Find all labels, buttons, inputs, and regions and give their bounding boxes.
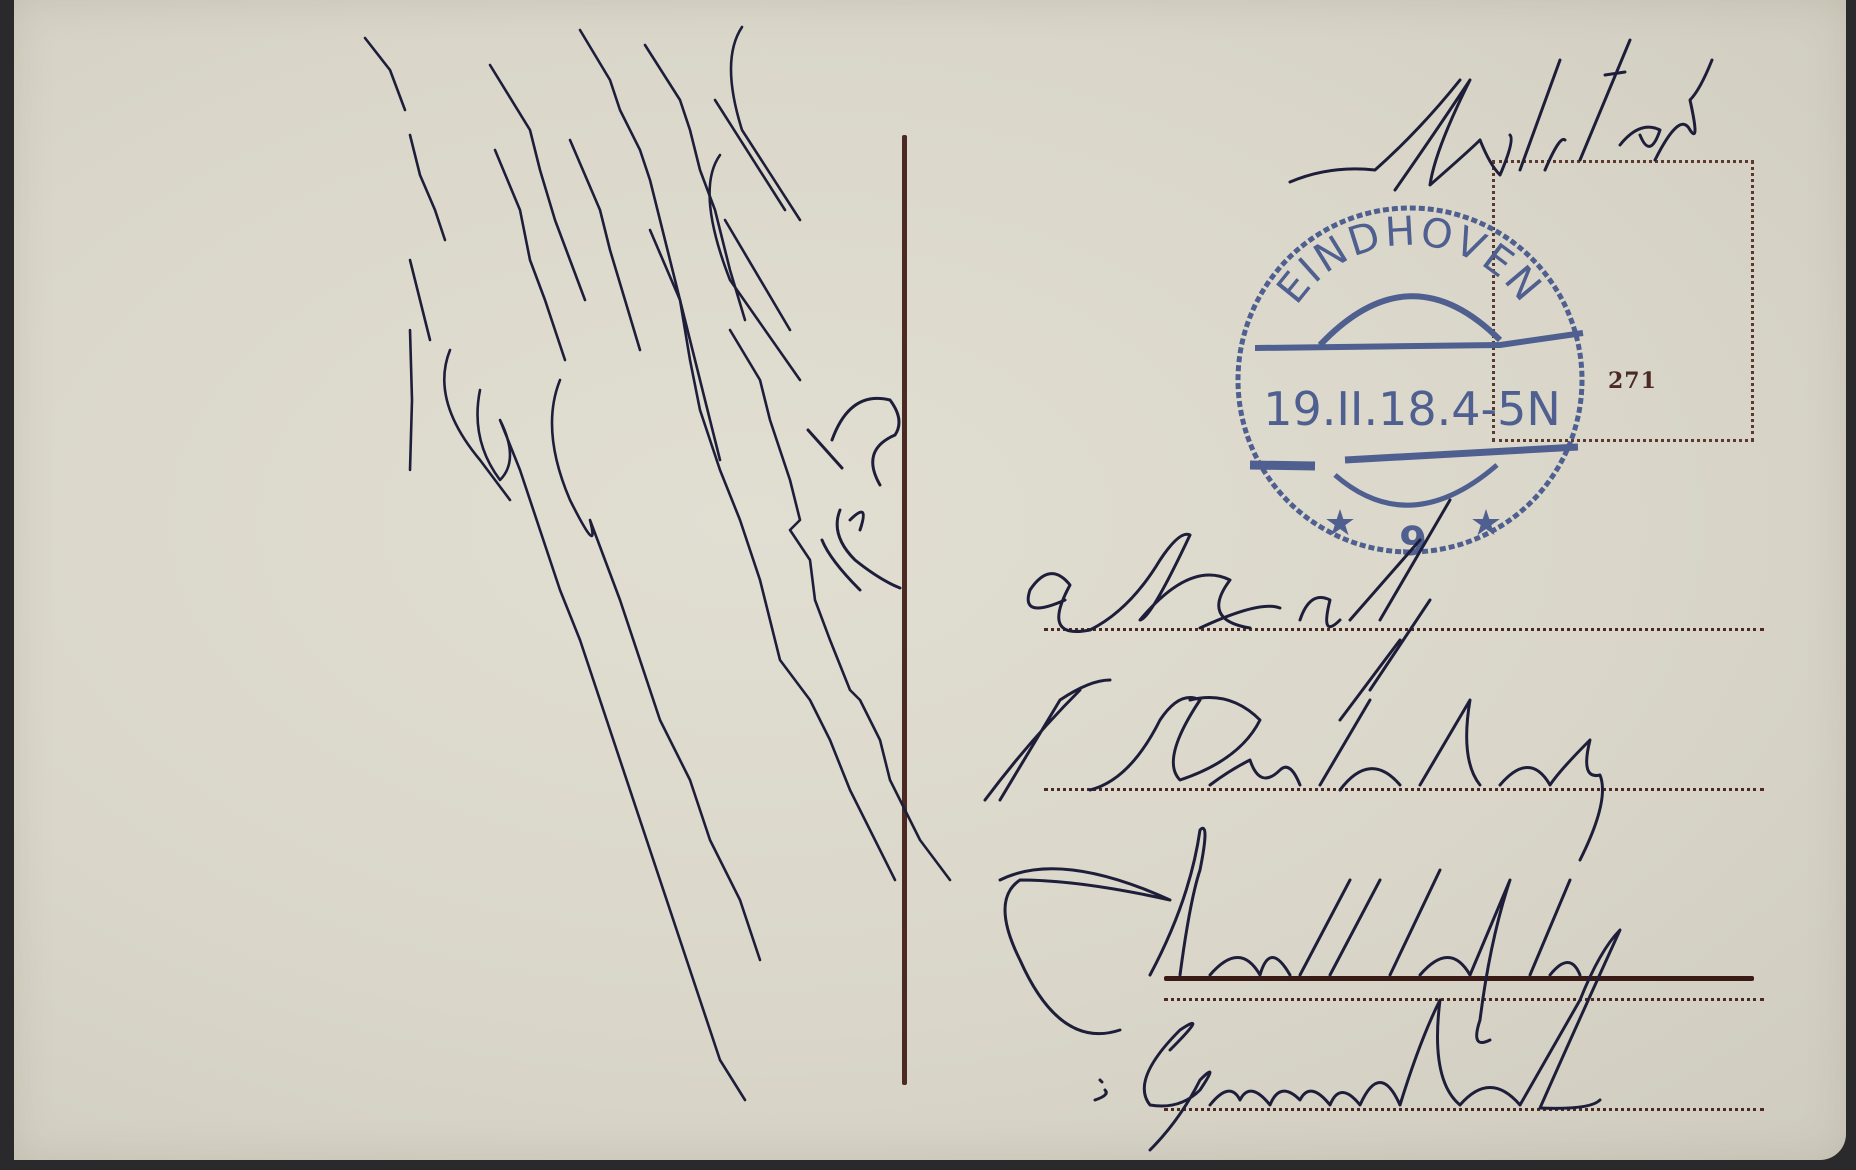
address-line-2 xyxy=(1044,788,1764,791)
center-divider-line xyxy=(902,135,907,1085)
postcard: 271 xyxy=(14,0,1846,1160)
stamp-box-number: 271 xyxy=(1608,368,1657,394)
address-line-3 xyxy=(1164,998,1764,1001)
address-line-1 xyxy=(1044,628,1764,631)
address-strikethrough xyxy=(1164,976,1754,981)
address-line-4 xyxy=(1164,1108,1764,1111)
stamp-box xyxy=(1492,160,1754,442)
